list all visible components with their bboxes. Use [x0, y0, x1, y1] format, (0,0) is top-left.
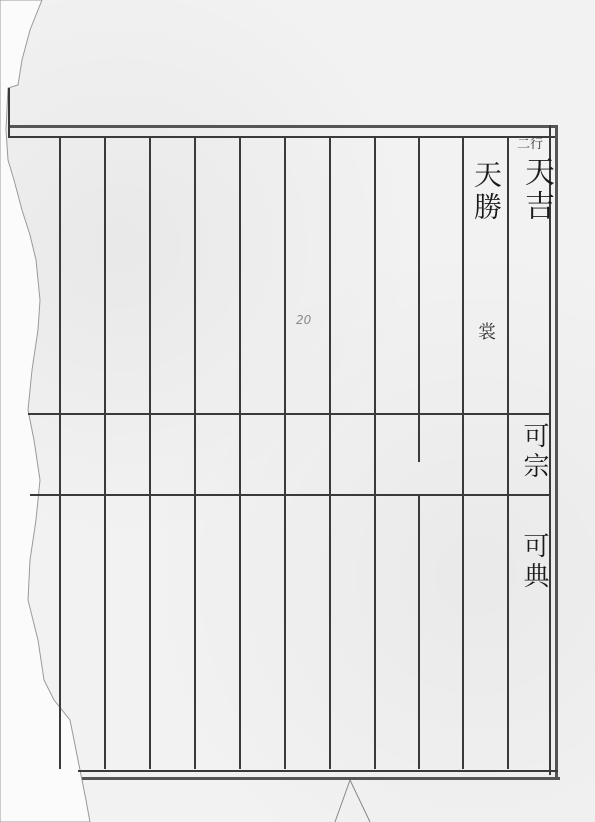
column-rule: [418, 494, 420, 769]
generation-label: 二行: [517, 133, 543, 152]
column-rule: [507, 137, 509, 769]
bottom-border-inner: [78, 770, 558, 772]
column-rule: [374, 137, 376, 769]
column-rule: [194, 137, 196, 769]
row-rule-1: [28, 413, 550, 415]
column-rule: [104, 137, 106, 769]
entry-tianji: 天吉: [514, 156, 558, 224]
register-grid: [0, 0, 595, 822]
column-rule: [462, 137, 464, 769]
entry-note: 裳: [472, 322, 498, 344]
left-border: [8, 88, 10, 136]
entry-kezong: 可宗: [516, 422, 553, 482]
top-border-inner: [8, 136, 556, 138]
column-rule: [284, 137, 286, 769]
row-rule-2: [30, 494, 550, 496]
bottom-border-outer: [82, 777, 560, 780]
column-rule: [239, 137, 241, 769]
column-rule: [59, 137, 61, 769]
entry-kedian: 可典: [516, 532, 553, 592]
pencil-number: 20: [296, 313, 311, 327]
top-border-outer: [8, 125, 556, 128]
column-rule: [329, 137, 331, 769]
column-rule: [149, 137, 151, 769]
entry-tiansheng: 天勝: [466, 160, 506, 224]
